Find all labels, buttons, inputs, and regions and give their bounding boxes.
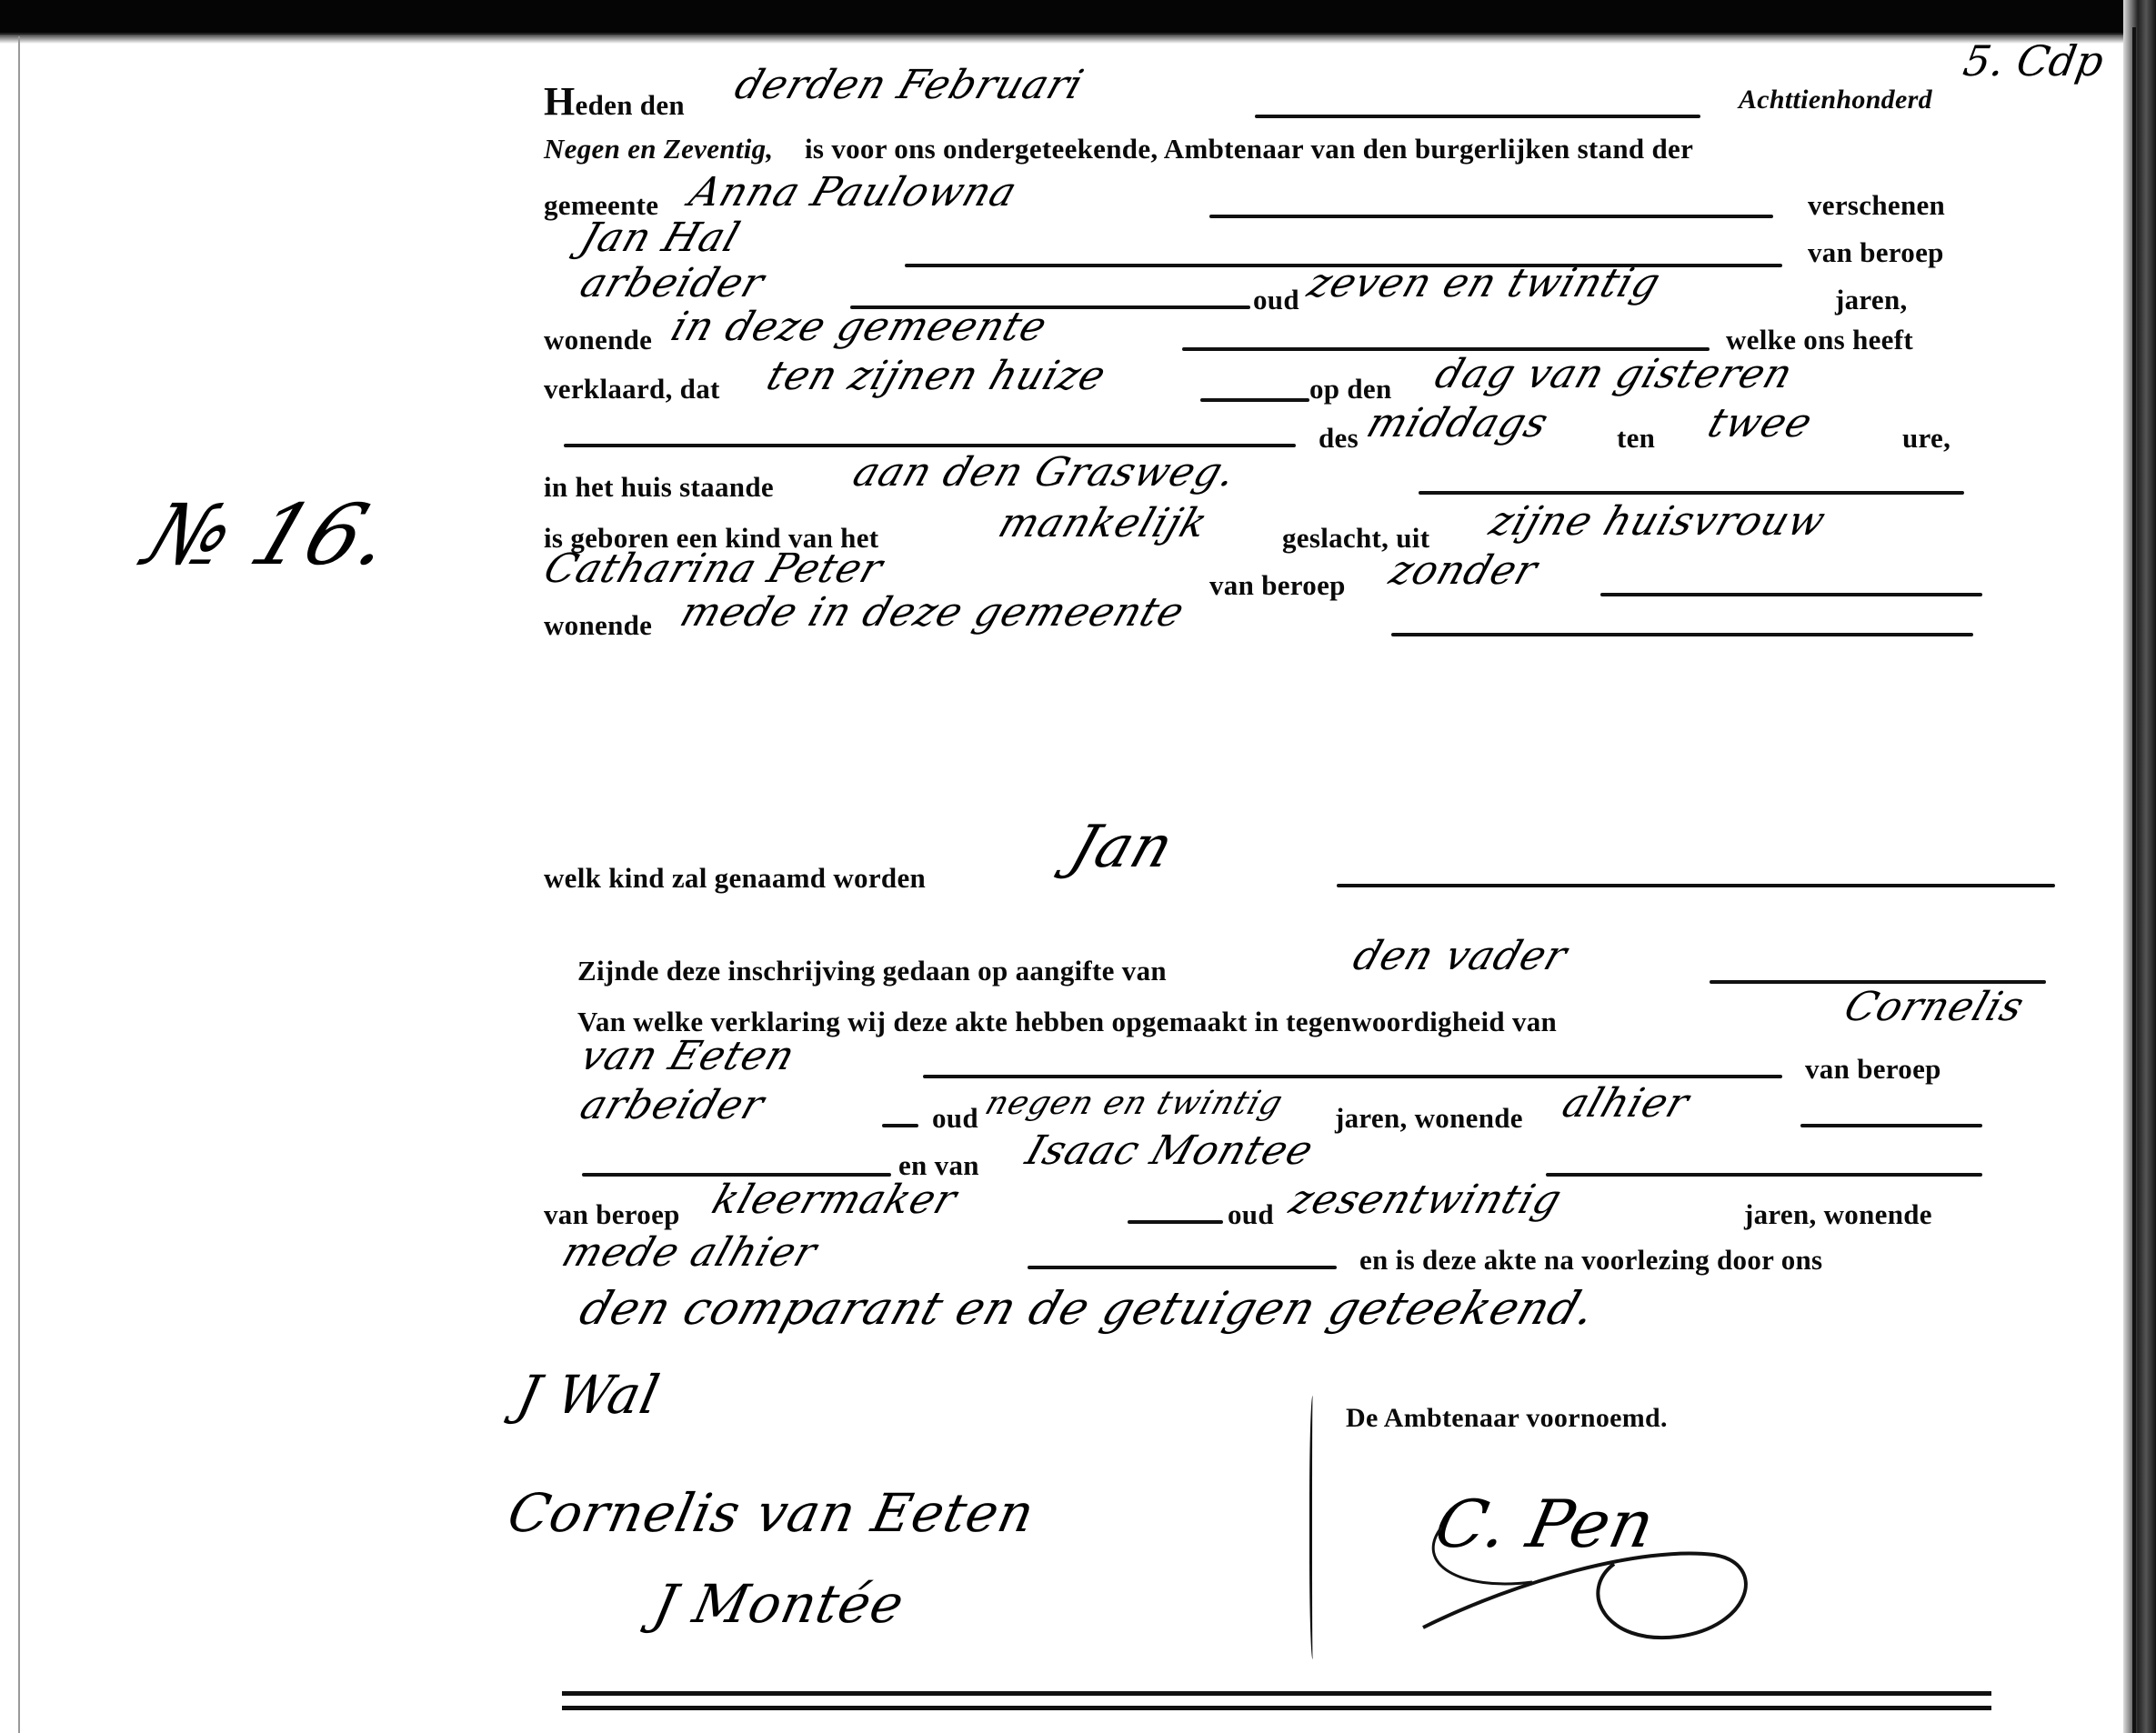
line17-oud: oud xyxy=(932,1104,978,1132)
line16-end: van beroep xyxy=(1805,1055,1941,1083)
line1-date-handwritten: derden Februari xyxy=(730,65,1088,105)
child-name-handwritten: Jan xyxy=(1064,818,1181,877)
fill-line xyxy=(1800,1124,1982,1127)
fill-line xyxy=(1209,215,1773,218)
declarant-occupation-handwritten: arbeider xyxy=(576,264,769,304)
line4-end: van beroep xyxy=(1808,238,1944,266)
line17-mid: jaren, wonende xyxy=(1335,1104,1523,1132)
sex-handwritten: mankelijk xyxy=(994,504,1213,544)
line8-end: ure, xyxy=(1902,424,1950,452)
fill-line xyxy=(1600,593,1982,596)
witness2-residence-handwritten: mede alhier xyxy=(557,1233,822,1273)
line7-label: verklaard, dat xyxy=(544,375,720,403)
signature-declarant: J Wal xyxy=(513,1368,665,1421)
birth-day-handwritten: dag van gisteren xyxy=(1430,355,1798,395)
signature-witness2: J Montée xyxy=(649,1578,909,1630)
line5-end: jaren, xyxy=(1835,285,1908,314)
line19-end: jaren, wonende xyxy=(1744,1200,1932,1228)
fill-line xyxy=(1028,1266,1337,1269)
fill-line xyxy=(1128,1220,1223,1224)
line19-oud: oud xyxy=(1228,1200,1274,1228)
line8-ten: ten xyxy=(1617,424,1655,452)
signature-divider xyxy=(1309,1396,1318,1659)
page-left-edge xyxy=(18,36,20,1733)
fill-line xyxy=(1200,398,1309,402)
line18-label: en van xyxy=(898,1151,979,1179)
line6-end: welke ons heeft xyxy=(1726,326,1913,354)
witness1-occupation-handwritten: arbeider xyxy=(576,1086,769,1126)
fill-line xyxy=(1337,884,2055,887)
line1-year-word: Achttienhonderd xyxy=(1739,86,1932,114)
house-location-handwritten: aan den Grasweg. xyxy=(848,453,1241,493)
line8-des: des xyxy=(1319,424,1359,452)
official-label: De Ambtenaar voornoemd. xyxy=(1346,1405,1668,1432)
residence-handwritten: in deze gemeente xyxy=(667,307,1052,347)
drop-initial: H xyxy=(544,79,576,124)
section-divider-bottom xyxy=(562,1706,1991,1710)
line14-label: Zijnde deze inschrijving gedaan op aangi… xyxy=(577,957,1167,985)
witness2-age-handwritten: zesentwintig xyxy=(1285,1180,1567,1220)
section-divider-top xyxy=(562,1691,1991,1696)
line1-printed: Heden den xyxy=(544,82,685,122)
line7-op-den: op den xyxy=(1309,375,1392,403)
line2-year-italic: Negen en Zeventig, xyxy=(544,135,773,163)
line3-end: verschenen xyxy=(1808,191,1945,219)
page-right-border xyxy=(2132,27,2136,1733)
fill-line xyxy=(1546,1173,1982,1177)
municipality-handwritten: Anna Paulowna xyxy=(685,173,1022,213)
line19-label: van beroep xyxy=(544,1200,680,1228)
line13-label: welk kind zal genaamd worden xyxy=(544,864,926,892)
closing-handwritten: den comparant en de getuigen geteekend. xyxy=(575,1286,1602,1331)
line12-label: wonende xyxy=(544,611,652,639)
mother-residence-handwritten: mede in deze gemeente xyxy=(676,593,1189,633)
scan-right-edge xyxy=(2123,0,2156,1733)
fill-line xyxy=(1419,491,1964,495)
witness1-surname-handwritten: van Eeten xyxy=(576,1037,800,1077)
line2-text: is voor ons ondergeteekende, Ambtenaar v… xyxy=(805,135,1693,163)
fill-line xyxy=(923,1075,1782,1078)
line20-end: en is deze akte na voorlezing door ons xyxy=(1359,1246,1822,1274)
fill-line xyxy=(1255,115,1700,118)
witness2-occupation-handwritten: kleermaker xyxy=(707,1180,962,1220)
fill-line xyxy=(564,444,1296,447)
signature-witness1: Cornelis van Eeten xyxy=(504,1487,1039,1539)
line15-label: Van welke verklaring wij deze akte hebbe… xyxy=(577,1007,1557,1036)
line9-label: in het huis staande xyxy=(544,473,774,501)
informant-handwritten: den vader xyxy=(1349,937,1572,977)
official-paraph-flourish xyxy=(1405,1491,1796,1646)
fill-line xyxy=(1391,633,1973,636)
relation-handwritten: zijne huisvrouw xyxy=(1485,502,1830,542)
witness1-residence-handwritten: alhier xyxy=(1558,1084,1694,1124)
time-of-day-handwritten: middags xyxy=(1362,404,1553,444)
scan-top-edge xyxy=(0,0,2156,35)
witness1-age-handwritten: negen en twintig xyxy=(981,1087,1287,1120)
birth-place-handwritten: ten zijnen huize xyxy=(762,356,1111,396)
entry-number: № 16. xyxy=(133,486,407,584)
mother-occupation-handwritten: zonder xyxy=(1385,551,1543,591)
declarant-name-handwritten: Jan Hal xyxy=(576,218,745,258)
hour-handwritten: twee xyxy=(1703,404,1818,444)
fill-line xyxy=(882,1124,918,1127)
line6-label: wonende xyxy=(544,326,652,354)
line11-label: van beroep xyxy=(1209,571,1346,599)
witness2-name-handwritten: Isaac Montee xyxy=(1021,1131,1319,1171)
corner-annotation: 5. Cdp xyxy=(1960,36,2107,85)
line5-oud: oud xyxy=(1253,285,1299,314)
declarant-age-handwritten: zeven en twintig xyxy=(1303,264,1666,304)
mother-name-handwritten: Catharina Peter xyxy=(539,549,888,589)
line1-text: eden den xyxy=(576,89,685,121)
witness1-firstname-handwritten: Cornelis xyxy=(1840,987,2030,1027)
